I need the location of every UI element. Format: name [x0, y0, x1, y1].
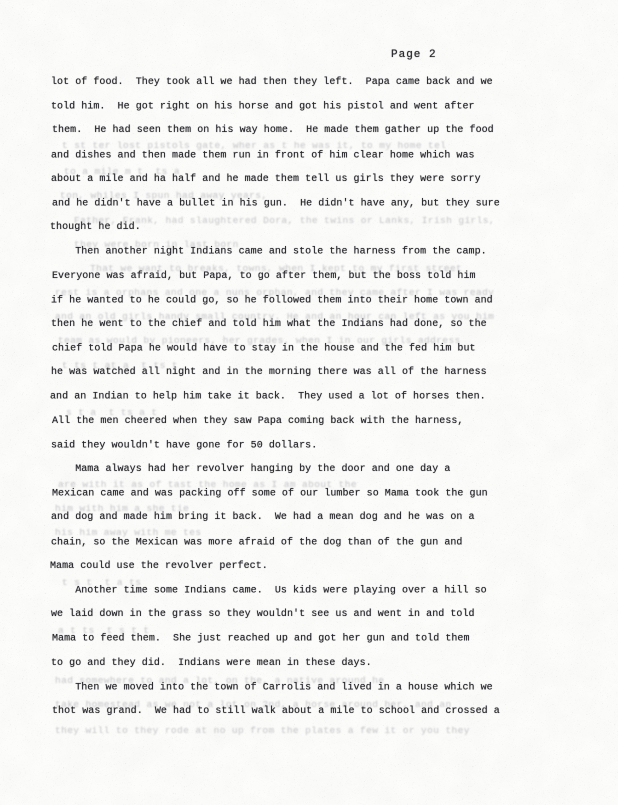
- ghost-text-line: they will to they rode at no up from the…: [55, 726, 470, 736]
- page-number-header: Page 2: [391, 49, 437, 61]
- typewritten-text-body: lot of food. They took all we had then t…: [51, 71, 602, 724]
- text-line: if he wanted to he could go, so he follo…: [51, 289, 602, 313]
- text-line: Another time some Indians came. Us kids …: [51, 579, 602, 603]
- text-line: and dishes and then made them run in fro…: [51, 144, 602, 168]
- text-line: he was watched all night and in the morn…: [51, 361, 602, 385]
- text-line: Then we moved into the town of Carrolis …: [51, 676, 602, 700]
- text-line: them. He had seen them on his way home. …: [52, 119, 602, 143]
- text-line: about a mile and ha half and he made the…: [51, 168, 602, 192]
- text-line: and an Indian to help him take it back. …: [50, 386, 602, 410]
- text-line: Everyone was afraid, but Papa, to go aft…: [52, 265, 602, 289]
- text-line: Mama to feed them. She just reached up a…: [52, 628, 602, 652]
- text-line: thought he did.: [50, 216, 602, 240]
- text-line: Mama always had her revolver hanging by …: [51, 458, 602, 482]
- text-line: said they wouldn't have gone for 50 doll…: [51, 434, 602, 458]
- text-line: and dog and made him bring it back. We h…: [51, 506, 602, 530]
- text-line: Then another night Indians came and stol…: [51, 241, 602, 265]
- text-line: and he didn't have a bullet in his gun. …: [52, 192, 602, 216]
- text-line: to go and they did. Indians were mean in…: [51, 652, 602, 676]
- text-line: Mexican came and was packing off some of…: [52, 482, 602, 506]
- text-line: then he went to the chief and told him w…: [51, 313, 602, 337]
- text-line: lot of food. They took all we had then t…: [51, 71, 602, 95]
- scanned-typewritten-page: t st ter lost pistols gate, wher as t he…: [0, 0, 618, 805]
- text-line: chain, so the Mexican was more afraid of…: [51, 531, 602, 555]
- text-line: told him. He got right on his horse and …: [51, 95, 602, 119]
- text-line: thot was grand. We had to still walk abo…: [52, 700, 602, 724]
- text-line: All the men cheered when they saw Papa c…: [52, 410, 602, 434]
- text-line: chief told Papa he would have to stay in…: [52, 337, 602, 361]
- text-line: we laid down in the grass so they wouldn…: [51, 603, 602, 627]
- text-line: Mama could use the revolver perfect.: [50, 555, 602, 579]
